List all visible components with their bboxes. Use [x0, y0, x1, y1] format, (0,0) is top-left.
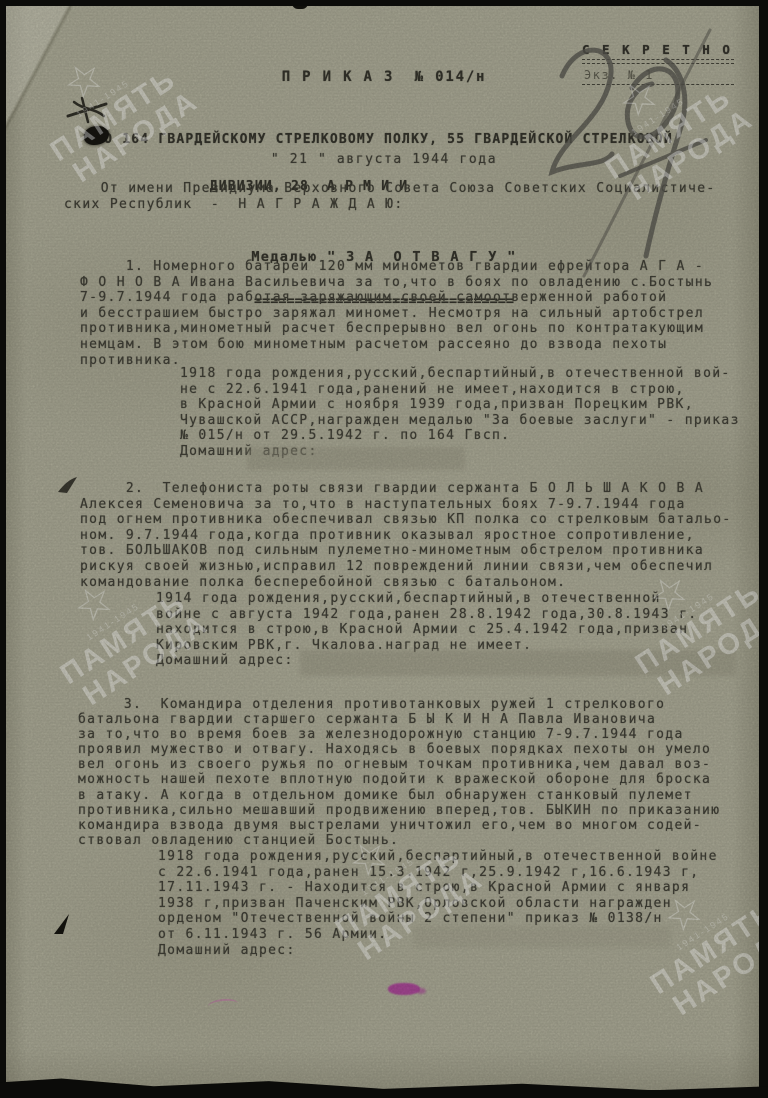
magenta-mark-small: [416, 988, 426, 994]
margin-arrow-mark: [54, 912, 74, 936]
service-record-1: 1918 года рождения,русский,беспартийный,…: [180, 366, 740, 460]
magenta-mark: [388, 983, 420, 995]
margin-check-mark: [56, 474, 80, 496]
scan-edge-top: [0, 0, 768, 6]
scanned-document-page: С Е К Р Е Т Н О Экз. № 1 П Р И К А З № 0…: [0, 0, 768, 1098]
scan-edge-right: [759, 0, 768, 1098]
citation-paragraph-3: 3. Командира отделения противотанковых р…: [78, 697, 720, 848]
ink-doodle: [64, 94, 112, 126]
address-redaction-1: [247, 447, 465, 470]
address-redaction-2: [300, 650, 736, 676]
scan-edge-left: [0, 0, 6, 1098]
citation-paragraph-2: 2. Телефониста роты связи гвардии сержан…: [80, 481, 732, 590]
handwritten-page-number: [520, 24, 730, 284]
address-redaction-3: [413, 926, 671, 948]
